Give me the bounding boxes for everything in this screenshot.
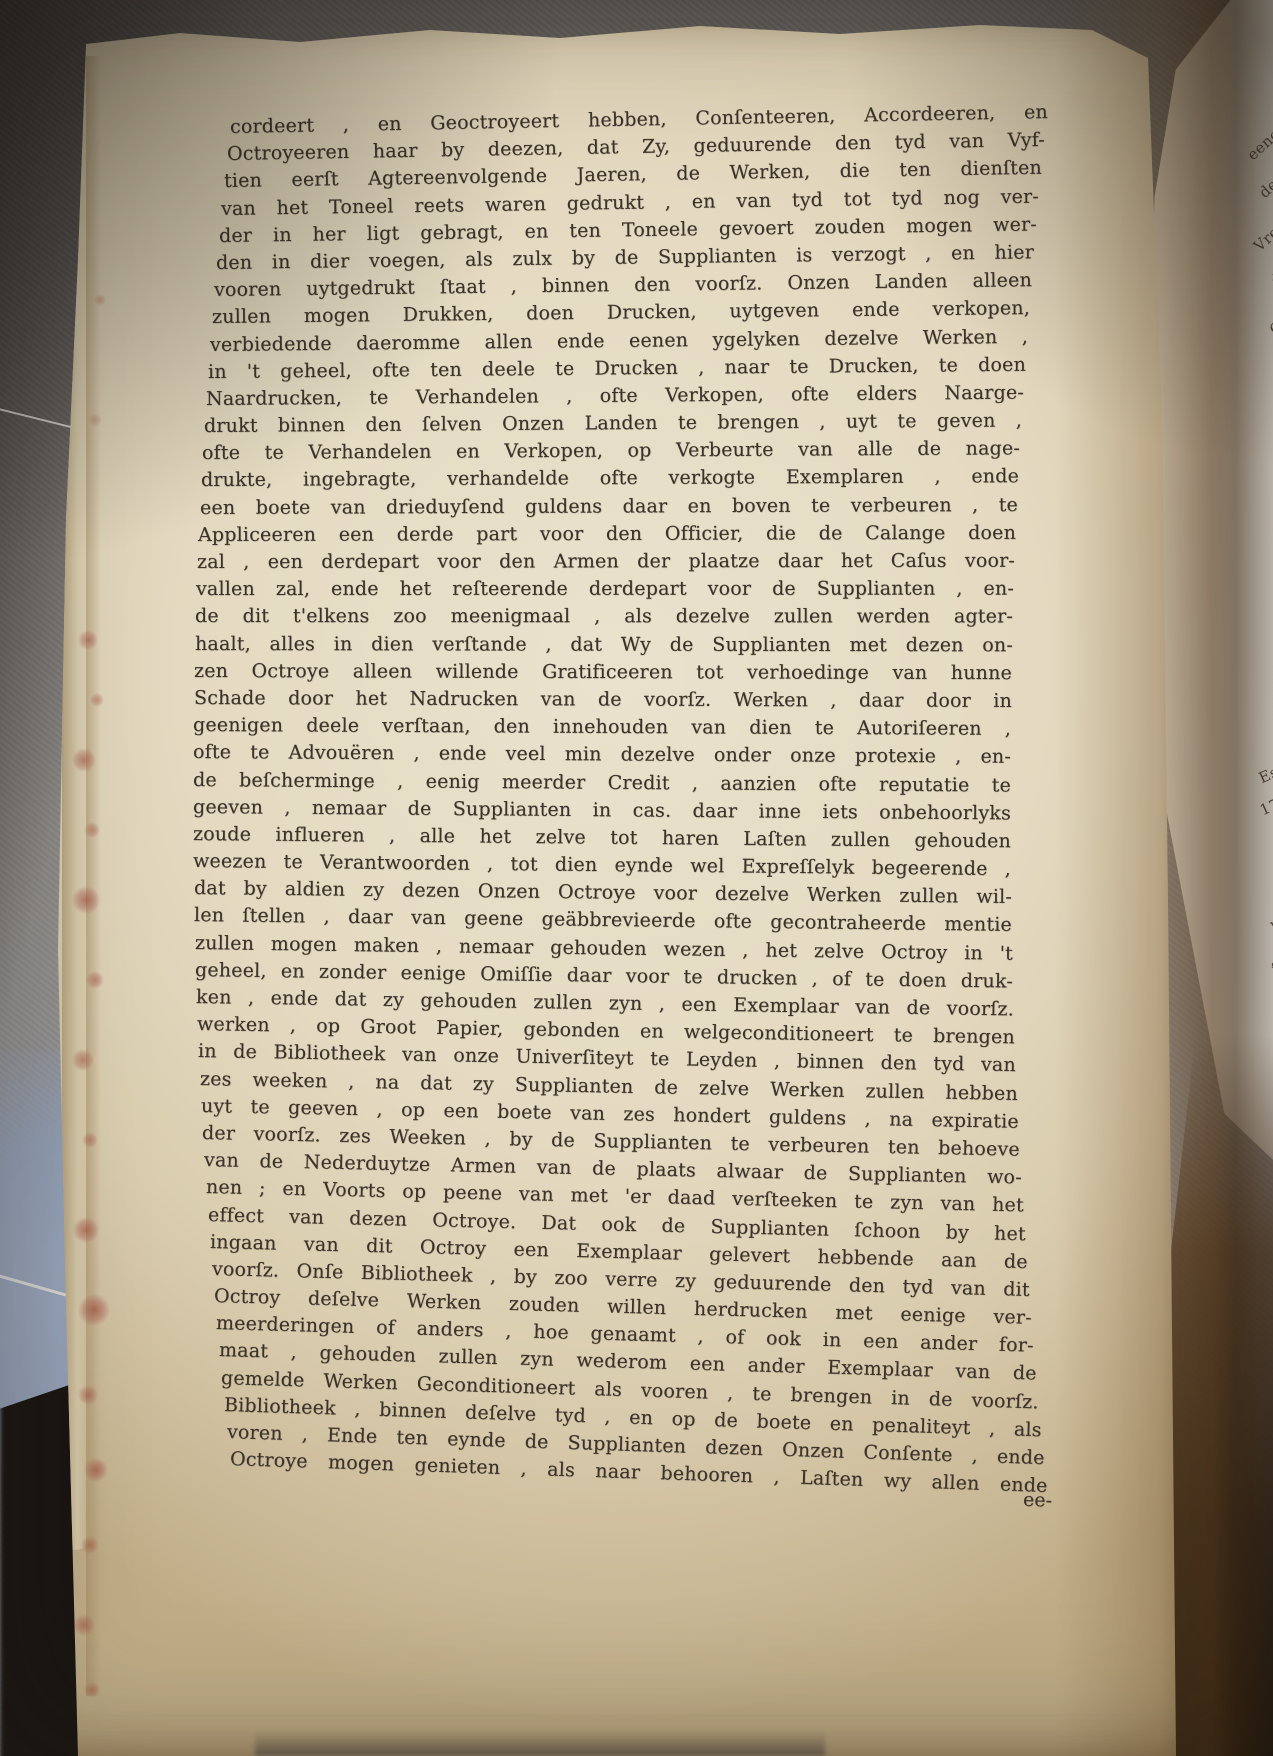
catchword: ee- — [952, 1486, 1053, 1511]
foxing-spot — [73, 1217, 99, 1243]
foxing-spot — [72, 1049, 94, 1071]
foxing-spot — [90, 693, 104, 707]
foxing-spot — [94, 294, 106, 306]
adjacent-page-text-fragment: 17 — [1257, 795, 1273, 820]
text-line: drukte, ingebragte, verhandelde ofte ver… — [201, 464, 1019, 495]
foxing-spot — [88, 413, 102, 427]
text-line: Schade door het Nadrucken van de voorſz.… — [193, 685, 1011, 715]
text-line: zen Octroye alleen willende Gratificeere… — [194, 658, 1012, 687]
text-line: ofte te Verhandelen en Verkopen, op Verb… — [202, 436, 1020, 468]
book-photo: eenen ygden inhVredelykde alleGoorenin '… — [0, 0, 1273, 1756]
adjacent-page-text-fragment: Gooren — [1266, 286, 1273, 338]
foxing-spot — [82, 1132, 98, 1148]
text-line: een boete van drieduyſend guldens daar e… — [200, 492, 1018, 522]
foxing-spot — [72, 748, 96, 772]
foxing-spot — [84, 822, 100, 838]
adjacent-page-text-fragment: ſt — [1268, 956, 1273, 978]
adjacent-page-text-fragment: entwinc — [1268, 378, 1273, 434]
page-bottom-shadow — [255, 1732, 825, 1756]
foxing-spot — [81, 1536, 99, 1554]
adjacent-page-text-fragment: Es — [1256, 763, 1273, 787]
adjacent-page-text-fragment: h — [1268, 916, 1273, 937]
foxing-spot — [78, 1294, 110, 1326]
text-line: haalt, alles in dien verſtande , dat Wy … — [195, 631, 1013, 659]
foxing-spot — [72, 886, 100, 914]
text-line: Appliceeren een derde part voor den Offi… — [198, 520, 1016, 549]
adjacent-page-text-fragment: Vredelyk — [1250, 194, 1273, 255]
adjacent-page-text-fragment: eenen yg — [1243, 102, 1273, 164]
foxing-spot — [84, 1458, 108, 1482]
foxing-spot — [73, 1614, 95, 1636]
page-text: cordeert , en Geoctroyeert hebben, Conſe… — [192, 114, 1044, 1473]
book-page: cordeert , en Geoctroyeert hebben, Conſe… — [0, 0, 1273, 1756]
text-line: de dit t'elkens zoo meenigmaal , als dez… — [195, 603, 1013, 631]
text-line: geenigen deele verſtaan, den innehouden … — [193, 712, 1011, 743]
foxing-spot — [84, 1682, 100, 1698]
foxing-spot — [86, 971, 104, 989]
text-line: vallen zal, ende het reſteerende derdepa… — [196, 576, 1014, 604]
text-line: ofte te Advouëren , ende veel min dezelv… — [193, 739, 1011, 771]
text-line: zal , een derdepart voor den Armen der p… — [197, 548, 1015, 576]
foxing-spot — [78, 1385, 98, 1405]
foxing-spot — [78, 630, 98, 650]
